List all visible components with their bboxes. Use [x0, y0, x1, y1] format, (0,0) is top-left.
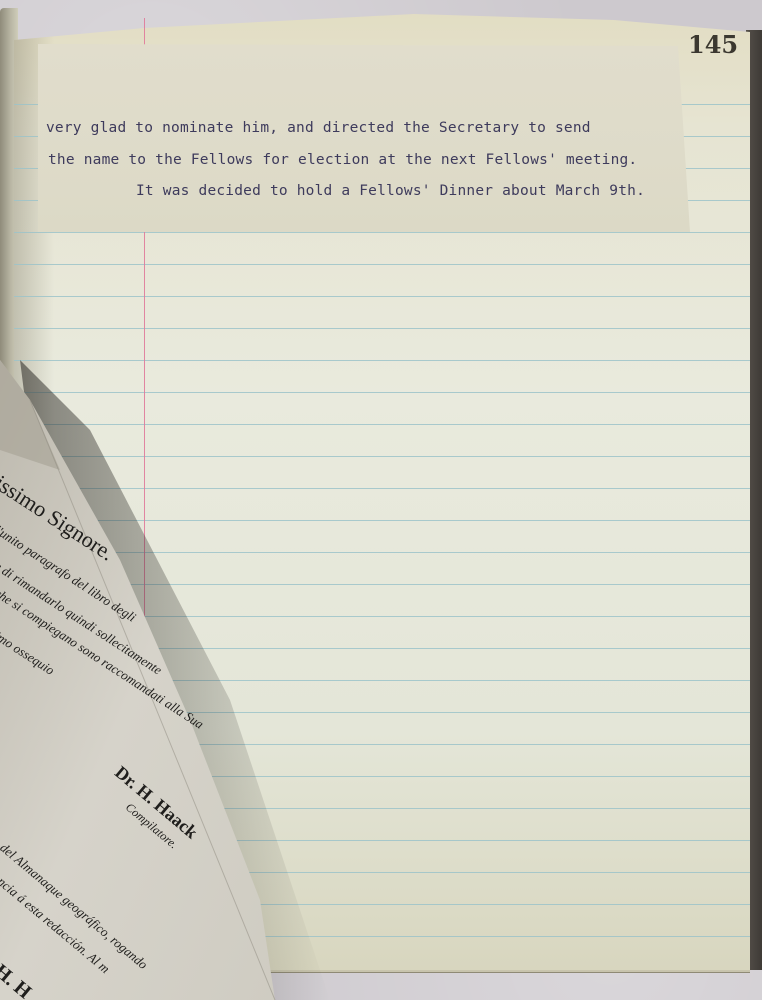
ruled-line	[14, 712, 750, 713]
ruled-line	[14, 744, 750, 745]
ruled-line	[14, 360, 750, 361]
ruled-line	[14, 328, 750, 329]
ruled-line	[14, 552, 750, 553]
ruled-line	[14, 424, 750, 425]
ruled-line	[14, 488, 750, 489]
ruled-line	[14, 680, 750, 681]
ruled-line	[14, 392, 750, 393]
ruled-line	[14, 936, 750, 937]
ruled-line	[14, 296, 750, 297]
ruled-line	[14, 776, 750, 777]
ruled-line	[14, 648, 750, 649]
ruled-line	[14, 808, 750, 809]
ruled-line	[14, 520, 750, 521]
pasted-typed-slip	[38, 44, 690, 232]
ruled-line	[14, 840, 750, 841]
typed-line-1: very glad to nominate him, and directed …	[46, 120, 591, 136]
ruled-line	[14, 872, 750, 873]
page-number: 145	[688, 30, 738, 59]
ruled-line	[14, 584, 750, 585]
ruled-line	[14, 904, 750, 905]
ruled-line	[14, 232, 750, 233]
ruled-line	[14, 456, 750, 457]
typed-line-2: the name to the Fellows for election at …	[48, 152, 637, 168]
typed-line-3: It was decided to hold a Fellows' Dinner…	[136, 183, 645, 199]
ruled-line	[14, 616, 750, 617]
ruled-line	[14, 264, 750, 265]
